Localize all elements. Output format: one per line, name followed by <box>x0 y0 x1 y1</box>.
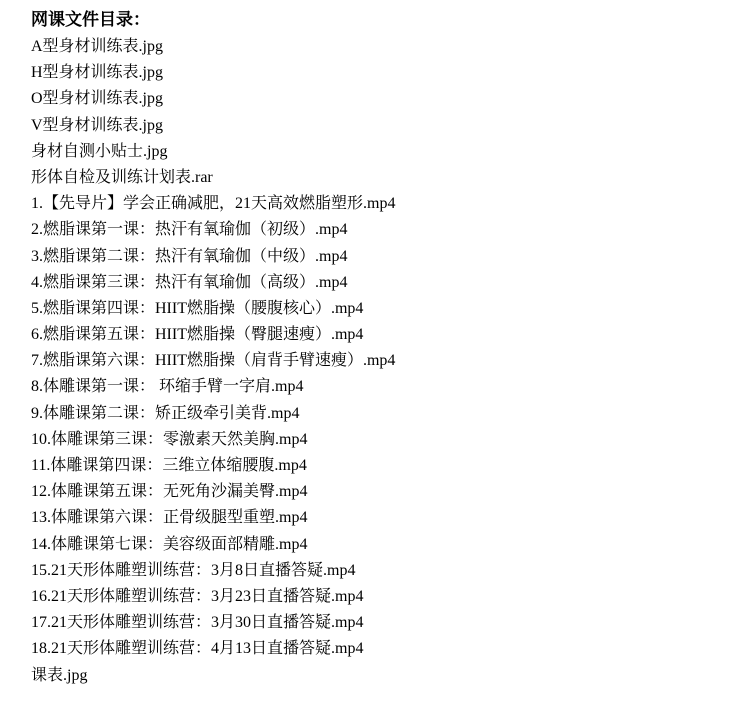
file-list-item: 3.燃脂课第二课：热汗有氧瑜伽（中级）.mp4 <box>31 244 730 270</box>
file-list-item: 4.燃脂课第三课：热汗有氧瑜伽（高级）.mp4 <box>31 270 730 296</box>
file-list-item: V型身材训练表.jpg <box>31 113 730 139</box>
file-list-item: 14.体雕课第七课：美容级面部精雕.mp4 <box>31 532 730 558</box>
file-list-item: 5.燃脂课第四课：HIIT燃脂操（腰腹核心）.mp4 <box>31 296 730 322</box>
file-directory-document: 网课文件目录： A型身材训练表.jpgH型身材训练表.jpgO型身材训练表.jp… <box>0 0 750 689</box>
file-list-item: 9.体雕课第二课：矫正级牵引美背.mp4 <box>31 401 730 427</box>
file-list-item: 6.燃脂课第五课：HIIT燃脂操（臀腿速瘦）.mp4 <box>31 322 730 348</box>
file-list-item: 8.体雕课第一课： 环缩手臂一字肩.mp4 <box>31 374 730 400</box>
file-list-item: 7.燃脂课第六课：HIIT燃脂操（肩背手臂速瘦）.mp4 <box>31 348 730 374</box>
file-list-item: 10.体雕课第三课：零激素天然美胸.mp4 <box>31 427 730 453</box>
file-list-item: 身材自测小贴士.jpg <box>31 139 730 165</box>
file-list-item: A型身材训练表.jpg <box>31 34 730 60</box>
file-list-item: 11.体雕课第四课：三维立体缩腰腹.mp4 <box>31 453 730 479</box>
file-list-item: 12.体雕课第五课：无死角沙漏美臀.mp4 <box>31 479 730 505</box>
file-list-item: 16.21天形体雕塑训练营：3月23日直播答疑.mp4 <box>31 584 730 610</box>
file-list-item: 1.【先导片】学会正确减肥，21天高效燃脂塑形.mp4 <box>31 191 730 217</box>
file-list-item: 形体自检及训练计划表.rar <box>31 165 730 191</box>
file-list-item: 课表.jpg <box>31 663 730 689</box>
file-list-item: 15.21天形体雕塑训练营：3月8日直播答疑.mp4 <box>31 558 730 584</box>
file-list-item: O型身材训练表.jpg <box>31 86 730 112</box>
file-list: A型身材训练表.jpgH型身材训练表.jpgO型身材训练表.jpgV型身材训练表… <box>31 34 730 689</box>
file-list-item: H型身材训练表.jpg <box>31 60 730 86</box>
file-list-item: 2.燃脂课第一课：热汗有氧瑜伽（初级）.mp4 <box>31 217 730 243</box>
file-list-item: 17.21天形体雕塑训练营：3月30日直播答疑.mp4 <box>31 610 730 636</box>
page-title: 网课文件目录： <box>31 6 730 34</box>
file-list-item: 13.体雕课第六课：正骨级腿型重塑.mp4 <box>31 505 730 531</box>
file-list-item: 18.21天形体雕塑训练营：4月13日直播答疑.mp4 <box>31 636 730 662</box>
